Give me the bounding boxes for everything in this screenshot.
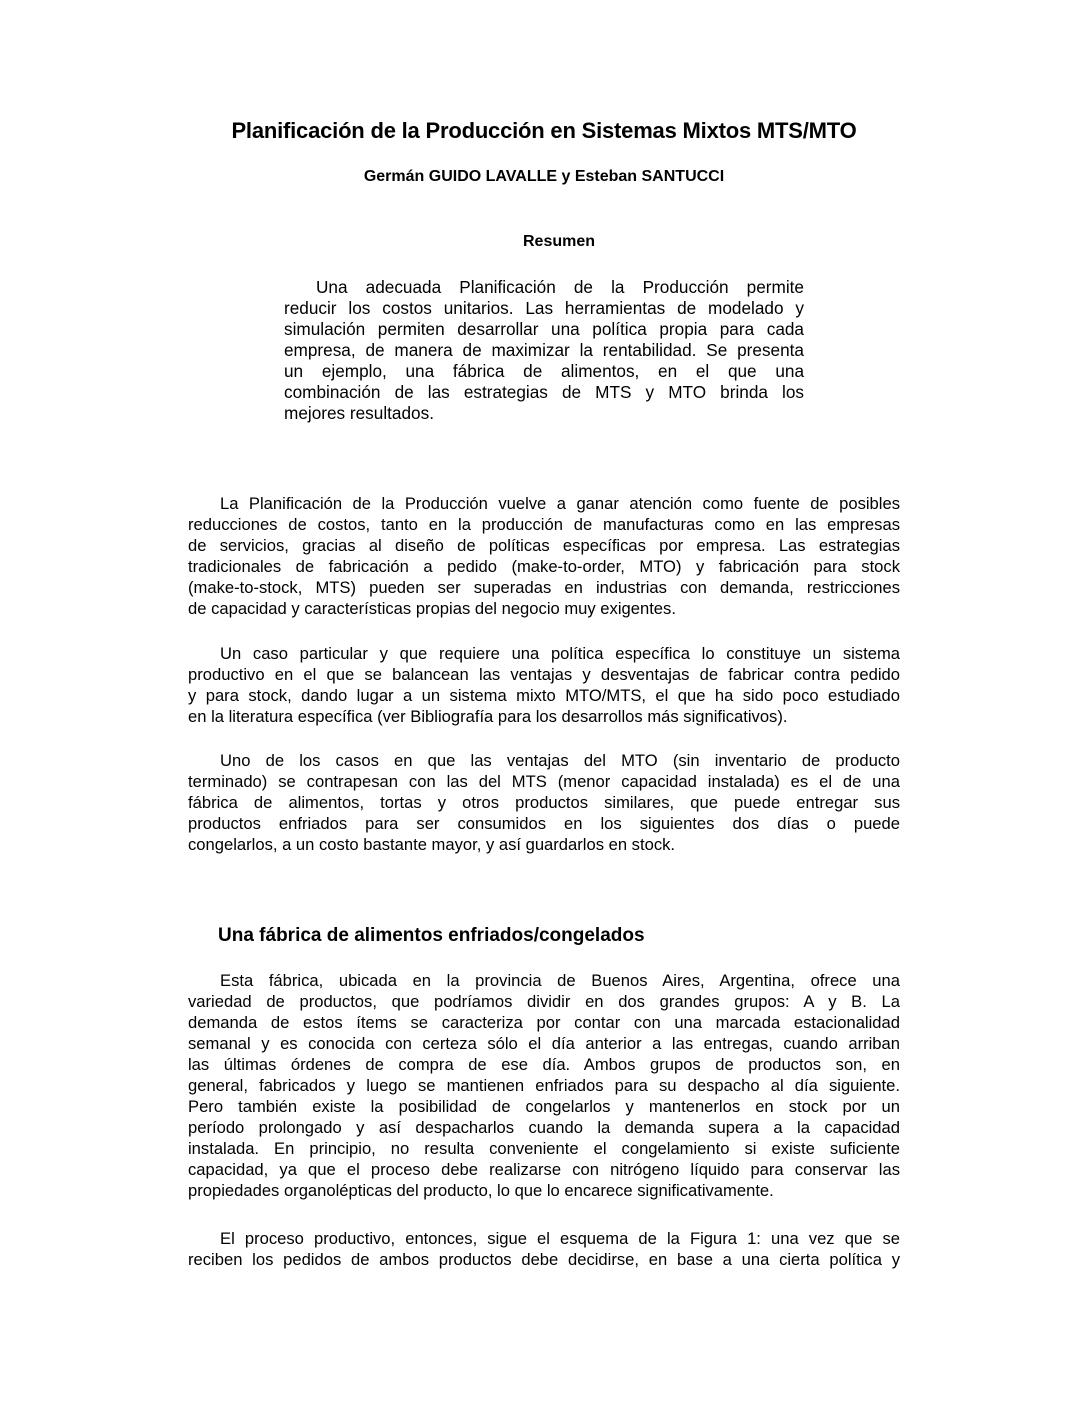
text-line: fábrica de alimentos, tortas y otros pro… [188,792,900,813]
section-paragraph-2: El proceso productivo, entonces, sigue e… [188,1228,900,1270]
text-line: variedad de productos, que podríamos div… [188,991,900,1012]
text-line: las últimas órdenes de compra de ese día… [188,1054,900,1075]
text-line: productivo en el que se balancean las ve… [188,664,900,685]
text-line: capacidad, ya que el proceso debe realiz… [188,1159,900,1180]
text-line: propiedades organolépticas del producto,… [188,1180,900,1201]
text-line: reducir los costos unitarios. Las herram… [284,298,804,319]
text-line: Una adecuada Planificación de la Producc… [284,277,804,298]
text-line: simulación permiten desarrollar una polí… [284,319,804,340]
text-line: (make-to-stock, MTS) pueden ser superada… [188,577,900,598]
text-line: de servicios, gracias al diseño de polít… [188,535,900,556]
text-line: tradicionales de fabricación a pedido (m… [188,556,900,577]
text-line: un ejemplo, una fábrica de alimentos, en… [284,361,804,382]
text-line: Un caso particular y que requiere una po… [188,643,900,664]
text-line: congelarlos, a un costo bastante mayor, … [188,834,900,855]
section-heading: Una fábrica de alimentos enfriados/conge… [218,925,645,947]
text-line: empresa, de manera de maximizar la renta… [284,340,804,361]
text-line: y para stock, dando lugar a un sistema m… [188,685,900,706]
text-line: reducciones de costos, tanto en la produ… [188,514,900,535]
text-line: demanda de estos ítems se caracteriza po… [188,1012,900,1033]
text-line: Pero también existe la posibilidad de co… [188,1096,900,1117]
text-line: semanal y es conocida con certeza sólo e… [188,1033,900,1054]
text-line: período prolongado y así despacharlos cu… [188,1117,900,1138]
text-line: general, fabricados y luego se mantienen… [188,1075,900,1096]
text-line: terminado) se contrapesan con las del MT… [188,771,900,792]
text-line: productos enfriados para ser consumidos … [188,813,900,834]
text-line: instalada. En principio, no resulta conv… [188,1138,900,1159]
text-line: en la literatura específica (ver Bibliog… [188,706,900,727]
section-paragraph-1: Esta fábrica, ubicada en la provincia de… [188,970,900,1201]
abstract-heading: Resumen [0,233,1088,251]
text-line: Uno de los casos en que las ventajas del… [188,750,900,771]
text-line: mejores resultados. [284,403,804,424]
text-line: de capacidad y características propias d… [188,598,900,619]
text-line: La Planificación de la Producción vuelve… [188,493,900,514]
abstract-paragraph: Una adecuada Planificación de la Producc… [284,277,804,424]
text-line: combinación de las estrategias de MTS y … [284,382,804,403]
paper-title: Planificación de la Producción en Sistem… [0,118,1088,144]
paper-authors: Germán GUIDO LAVALLE y Esteban SANTUCCI [0,168,1088,186]
text-line: Esta fábrica, ubicada en la provincia de… [188,970,900,991]
intro-paragraph-3: Uno de los casos en que las ventajas del… [188,750,900,855]
text-line: reciben los pedidos de ambos productos d… [188,1249,900,1270]
text-line: El proceso productivo, entonces, sigue e… [188,1228,900,1249]
document-page: Planificación de la Producción en Sistem… [0,0,1088,1408]
intro-paragraph-1: La Planificación de la Producción vuelve… [188,493,900,619]
intro-paragraph-2: Un caso particular y que requiere una po… [188,643,900,727]
